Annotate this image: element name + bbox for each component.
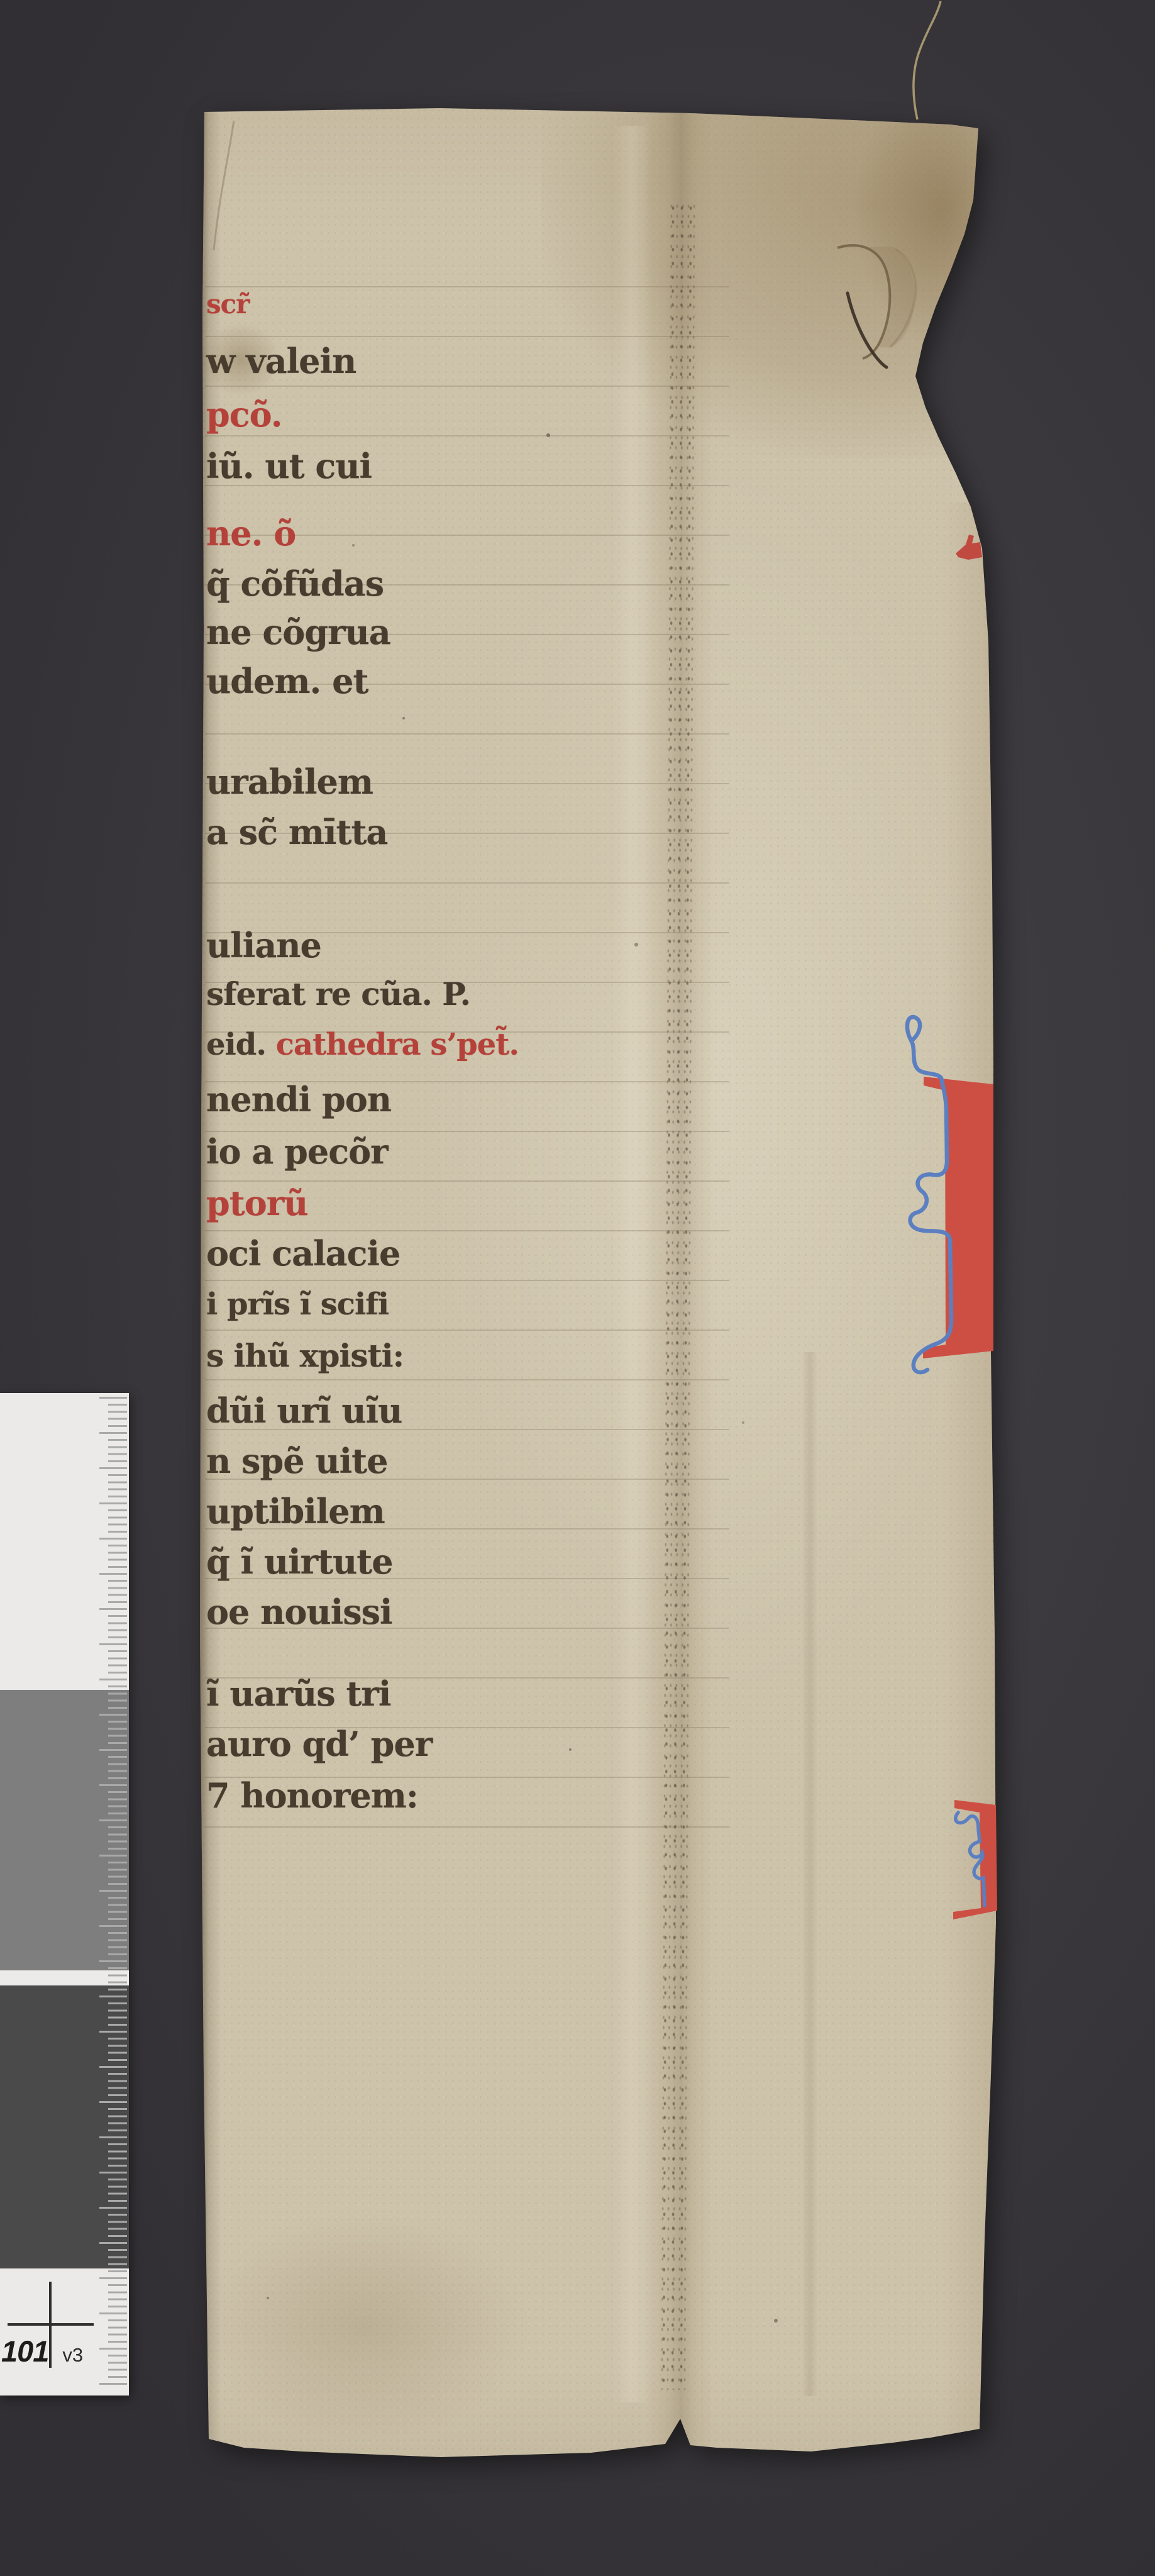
ink-specks xyxy=(0,0,3,3)
manuscript-line: udem. et xyxy=(206,662,368,701)
parchment-wrapper: scr̃w valeinpcõ.iũ. ut cuine. õq̃ cõfũda… xyxy=(0,0,1155,2576)
manuscript-line: q̃ ĩ uirtute xyxy=(206,1542,393,1581)
manuscript-line: eid. cathedra s’pet̃. xyxy=(206,1028,519,1062)
manuscript-line: nendi pon xyxy=(206,1080,391,1119)
manuscript-line: ptorũ xyxy=(206,1184,307,1223)
manuscript-line: ĩ uarũs tri xyxy=(206,1674,390,1713)
manuscript-text-block: scr̃w valeinpcõ.iũ. ut cuine. õq̃ cõfũda… xyxy=(0,0,1155,2576)
manuscript-line: io a pecõr xyxy=(206,1132,388,1171)
manuscript-line: ne cõgrua xyxy=(206,613,390,652)
manuscript-line: dũi urĩ uĩu xyxy=(206,1391,402,1430)
manuscript-line: oci calacie xyxy=(206,1234,400,1273)
manuscript-line: i prĩs ĩ scifi xyxy=(206,1287,389,1322)
manuscript-line: q̃ cõfũdas xyxy=(206,564,384,603)
manuscript-line: iũ. ut cui xyxy=(206,447,372,486)
manuscript-line: scr̃ xyxy=(206,289,249,319)
manuscript-line: urabilem xyxy=(206,762,373,801)
manuscript-line: sferat re cũa. P. xyxy=(206,976,470,1013)
manuscript-line: ne. õ xyxy=(206,514,296,553)
manuscript-line: oe nouissi xyxy=(206,1592,392,1631)
manuscript-line: uliane xyxy=(206,926,321,965)
manuscript-line: auro qd’ per xyxy=(206,1724,432,1763)
parchment-fragment: scr̃w valeinpcõ.iũ. ut cuine. õq̃ cõfũda… xyxy=(0,0,1155,2576)
manuscript-line: s ihũ xpisti: xyxy=(206,1338,404,1374)
photo-stage: 101v3 scr̃w valeinpcõ.iũ. ut cuine. õq̃ … xyxy=(0,0,1155,2576)
manuscript-line: pcõ. xyxy=(206,395,282,434)
manuscript-line: w valein xyxy=(206,341,356,380)
manuscript-line: 7 honorem: xyxy=(206,1776,418,1815)
manuscript-line: uptibilem xyxy=(206,1492,385,1531)
manuscript-line: a sc̃ mītta xyxy=(206,813,387,852)
manuscript-line: n spẽ uite xyxy=(206,1441,387,1480)
